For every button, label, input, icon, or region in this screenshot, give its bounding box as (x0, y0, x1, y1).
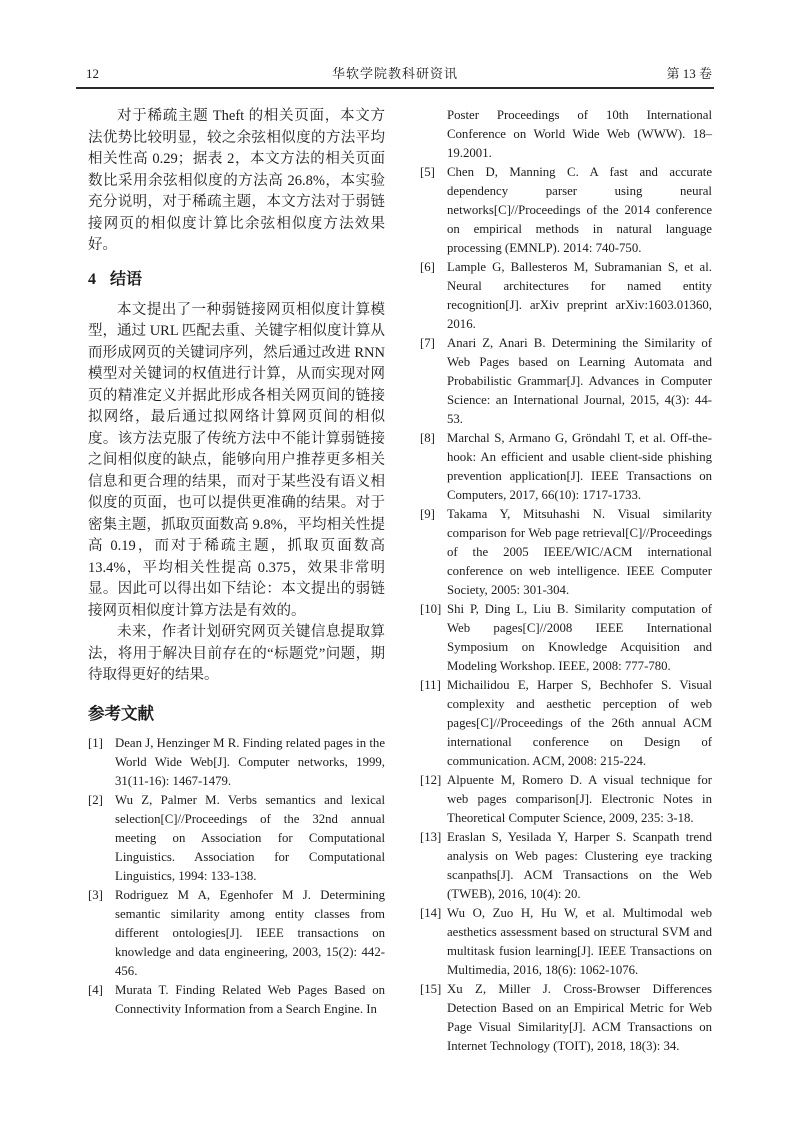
reference-text: Lample G, Ballesteros M, Subramanian S, … (447, 260, 712, 331)
reference-label: [5] (420, 163, 435, 182)
reference-label: [7] (420, 334, 435, 353)
reference-text: Marchal S, Armano G, Gröndahl T, et al. … (447, 431, 712, 502)
body-paragraph: 本文提出了一种弱链接网页相似度计算模型，通过 URL 匹配去重、关键字相似度计算… (88, 300, 385, 623)
reference-item: [12] Alpuente M, Romero D. A visual tech… (420, 771, 712, 828)
reference-label: [6] (420, 258, 435, 277)
reference-label: [13] (420, 828, 441, 847)
reference-text: Eraslan S, Yesilada Y, Harper S. Scanpat… (447, 830, 712, 901)
references-heading: 参考文献 (88, 703, 385, 724)
reference-text: Takama Y, Mitsuhashi N. Visual similarit… (447, 507, 712, 597)
section-heading-conclusion: 4结语 (88, 270, 385, 290)
page-number: 12 (76, 66, 196, 82)
left-column: 对于稀疏主题 Theft 的相关页面，本文方法优势比较明显，较之余弦相似度的方法… (88, 106, 385, 1056)
reference-text: Chen D, Manning C. A fast and accurate d… (447, 165, 712, 255)
reference-text: Anari Z, Anari B. Determining the Simila… (447, 336, 712, 426)
reference-text: Xu Z, Miller J. Cross-Browser Difference… (447, 982, 712, 1053)
reference-item: [10] Shi P, Ding L, Liu B. Similarity co… (420, 600, 712, 676)
reference-label: [9] (420, 505, 435, 524)
reference-label: [8] (420, 429, 435, 448)
reference-text: Rodriguez M A, Egenhofer M J. Determinin… (115, 888, 385, 978)
section-title: 结语 (110, 271, 142, 288)
reference-continuation: Poster Proceedings of 10th International… (420, 106, 712, 163)
reference-label: [11] (420, 676, 441, 695)
reference-label: [15] (420, 980, 441, 999)
reference-item: [11] Michailidou E, Harper S, Bechhofer … (420, 676, 712, 771)
reference-text: Wu Z, Palmer M. Verbs semantics and lexi… (115, 793, 385, 883)
reference-item: [9] Takama Y, Mitsuhashi N. Visual simil… (420, 505, 712, 600)
body-paragraph: 对于稀疏主题 Theft 的相关页面，本文方法优势比较明显，较之余弦相似度的方法… (88, 106, 385, 257)
reference-item: [7] Anari Z, Anari B. Determining the Si… (420, 334, 712, 429)
reference-item: [5] Chen D, Manning C. A fast and accura… (420, 163, 712, 258)
reference-item: [1] Dean J, Henzinger M R. Finding relat… (88, 734, 385, 791)
reference-item: [15] Xu Z, Miller J. Cross-Browser Diffe… (420, 980, 712, 1056)
reference-item: [2] Wu Z, Palmer M. Verbs semantics and … (88, 791, 385, 886)
paper-page: 12 华软学院教科研资讯 第 13 卷 对于稀疏主题 Theft 的相关页面，本… (0, 0, 793, 1122)
journal-title: 华软学院教科研资讯 (196, 63, 594, 82)
reference-text: Wu O, Zuo H, Hu W, et al. Multimodal web… (447, 906, 712, 977)
body-paragraph: 未来，作者计划研究网页关键信息提取算法，将用于解决目前存在的“标题党”问题，期待… (88, 622, 385, 687)
reference-label: [12] (420, 771, 441, 790)
reference-item: [8] Marchal S, Armano G, Gröndahl T, et … (420, 429, 712, 505)
reference-label: [2] (88, 791, 103, 810)
right-column: Poster Proceedings of 10th International… (420, 106, 712, 1056)
reference-item: [4] Murata T. Finding Related Web Pages … (88, 981, 385, 1019)
reference-item: [6] Lample G, Ballesteros M, Subramanian… (420, 258, 712, 334)
section-number: 4 (88, 270, 96, 290)
reference-text: Dean J, Henzinger M R. Finding related p… (115, 736, 385, 788)
reference-item: [3] Rodriguez M A, Egenhofer M J. Determ… (88, 886, 385, 981)
reference-label: [10] (420, 600, 441, 619)
reference-text: Shi P, Ding L, Liu B. Similarity computa… (447, 602, 712, 673)
reference-item: [14] Wu O, Zuo H, Hu W, et al. Multimoda… (420, 904, 712, 980)
reference-text: Murata T. Finding Related Web Pages Base… (115, 983, 385, 1016)
reference-text: Michailidou E, Harper S, Bechhofer S. Vi… (447, 678, 712, 768)
reference-label: [14] (420, 904, 441, 923)
reference-label: [1] (88, 734, 103, 753)
volume-label: 第 13 卷 (594, 63, 714, 82)
reference-label: [4] (88, 981, 103, 1000)
running-header: 12 华软学院教科研资讯 第 13 卷 (76, 63, 714, 89)
page-body: 对于稀疏主题 Theft 的相关页面，本文方法优势比较明显，较之余弦相似度的方法… (88, 106, 712, 1056)
reference-text: Alpuente M, Romero D. A visual technique… (447, 773, 712, 825)
reference-label: [3] (88, 886, 103, 905)
reference-item: [13] Eraslan S, Yesilada Y, Harper S. Sc… (420, 828, 712, 904)
